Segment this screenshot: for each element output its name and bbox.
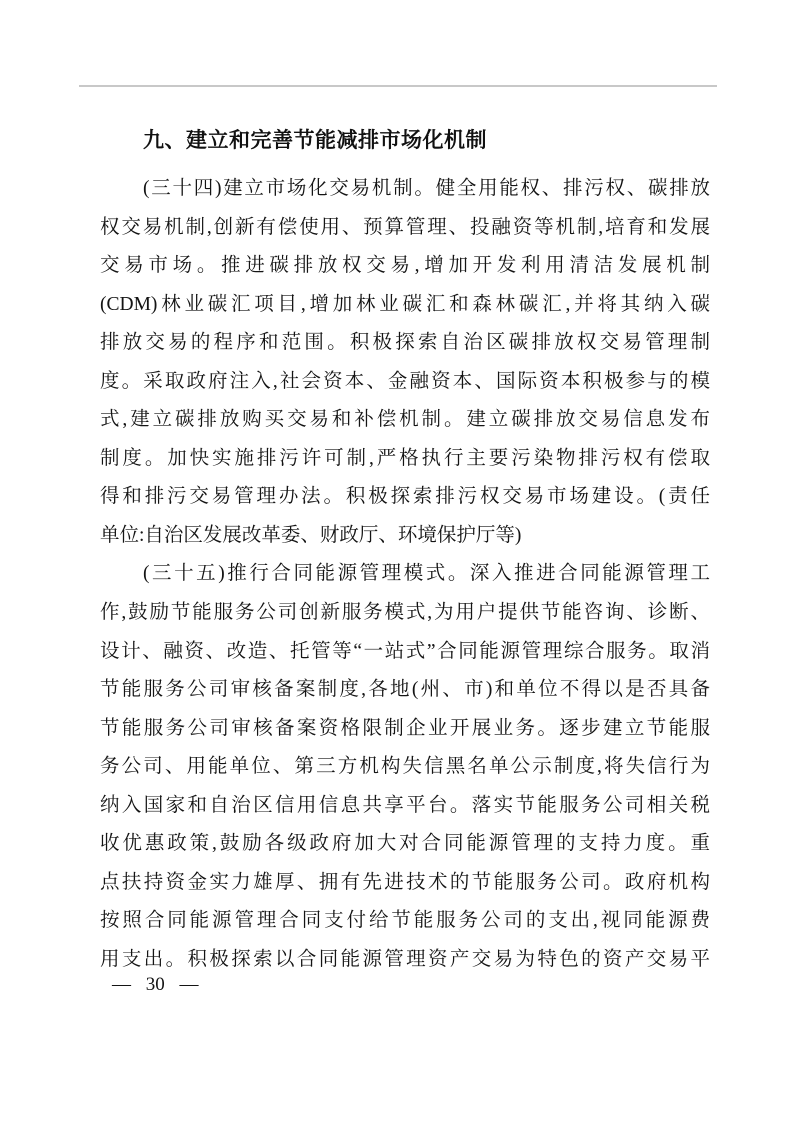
text-line: 得和排污交易管理办法。积极探索排污权交易市场建设。(责任 xyxy=(100,478,710,517)
text-line: 度。采取政府注入,社会资本、金融资本、国际资本积极参与的模 xyxy=(100,363,710,402)
text-line: 务公司、用能单位、第三方机构失信黑名单公示制度,将失信行为 xyxy=(100,748,710,787)
text-line: 单位:自治区发展改革委、财政厅、环境保护厅等) xyxy=(100,517,710,556)
text-line: 按照合同能源管理合同支付给节能服务公司的支出,视同能源费 xyxy=(100,902,710,941)
text-line: 节能服务公司审核备案制度,各地(州、市)和单位不得以是否具备 xyxy=(100,671,710,710)
text-line: 点扶持资金实力雄厚、拥有先进技术的节能服务公司。政府机构 xyxy=(100,864,710,903)
text-line: (三十五)推行合同能源管理模式。深入推进合同能源管理工 xyxy=(100,555,710,594)
text-line: 排放交易的程序和范围。积极探索自治区碳排放权交易管理制 xyxy=(100,324,710,363)
page-number: — 30 — xyxy=(112,974,199,996)
text-line: 作,鼓励节能服务公司创新服务模式,为用户提供节能咨询、诊断、 xyxy=(100,594,710,633)
document-page: 九、建立和完善节能减排市场化机制 (三十四)建立市场化交易机制。健全用能权、排污… xyxy=(0,0,793,1122)
section-heading: 九、建立和完善节能减排市场化机制 xyxy=(100,128,753,154)
document-body: (三十四)建立市场化交易机制。健全用能权、排污权、碳排放权交易机制,创新有偿使用… xyxy=(100,170,710,979)
header-rule xyxy=(79,85,717,87)
text-line: 制度。加快实施排污许可制,严格执行主要污染物排污权有偿取 xyxy=(100,440,710,479)
text-line: (三十四)建立市场化交易机制。健全用能权、排污权、碳排放 xyxy=(100,170,710,209)
text-line: 纳入国家和自治区信用信息共享平台。落实节能服务公司相关税 xyxy=(100,787,710,826)
text-line: 设计、融资、改造、托管等“一站式”合同能源管理综合服务。取消 xyxy=(100,633,710,672)
text-line: 式,建立碳排放购买交易和补偿机制。建立碳排放交易信息发布 xyxy=(100,401,710,440)
text-line: (CDM)林业碳汇项目,增加林业碳汇和森林碳汇,并将其纳入碳 xyxy=(100,286,710,325)
text-line: 节能服务公司审核备案资格限制企业开展业务。逐步建立节能服 xyxy=(100,710,710,749)
text-line: 交易市场。推进碳排放权交易,增加开发利用清洁发展机制 xyxy=(100,247,710,286)
text-line: 收优惠政策,鼓励各级政府加大对合同能源管理的支持力度。重 xyxy=(100,825,710,864)
text-line: 权交易机制,创新有偿使用、预算管理、投融资等机制,培育和发展 xyxy=(100,209,710,248)
